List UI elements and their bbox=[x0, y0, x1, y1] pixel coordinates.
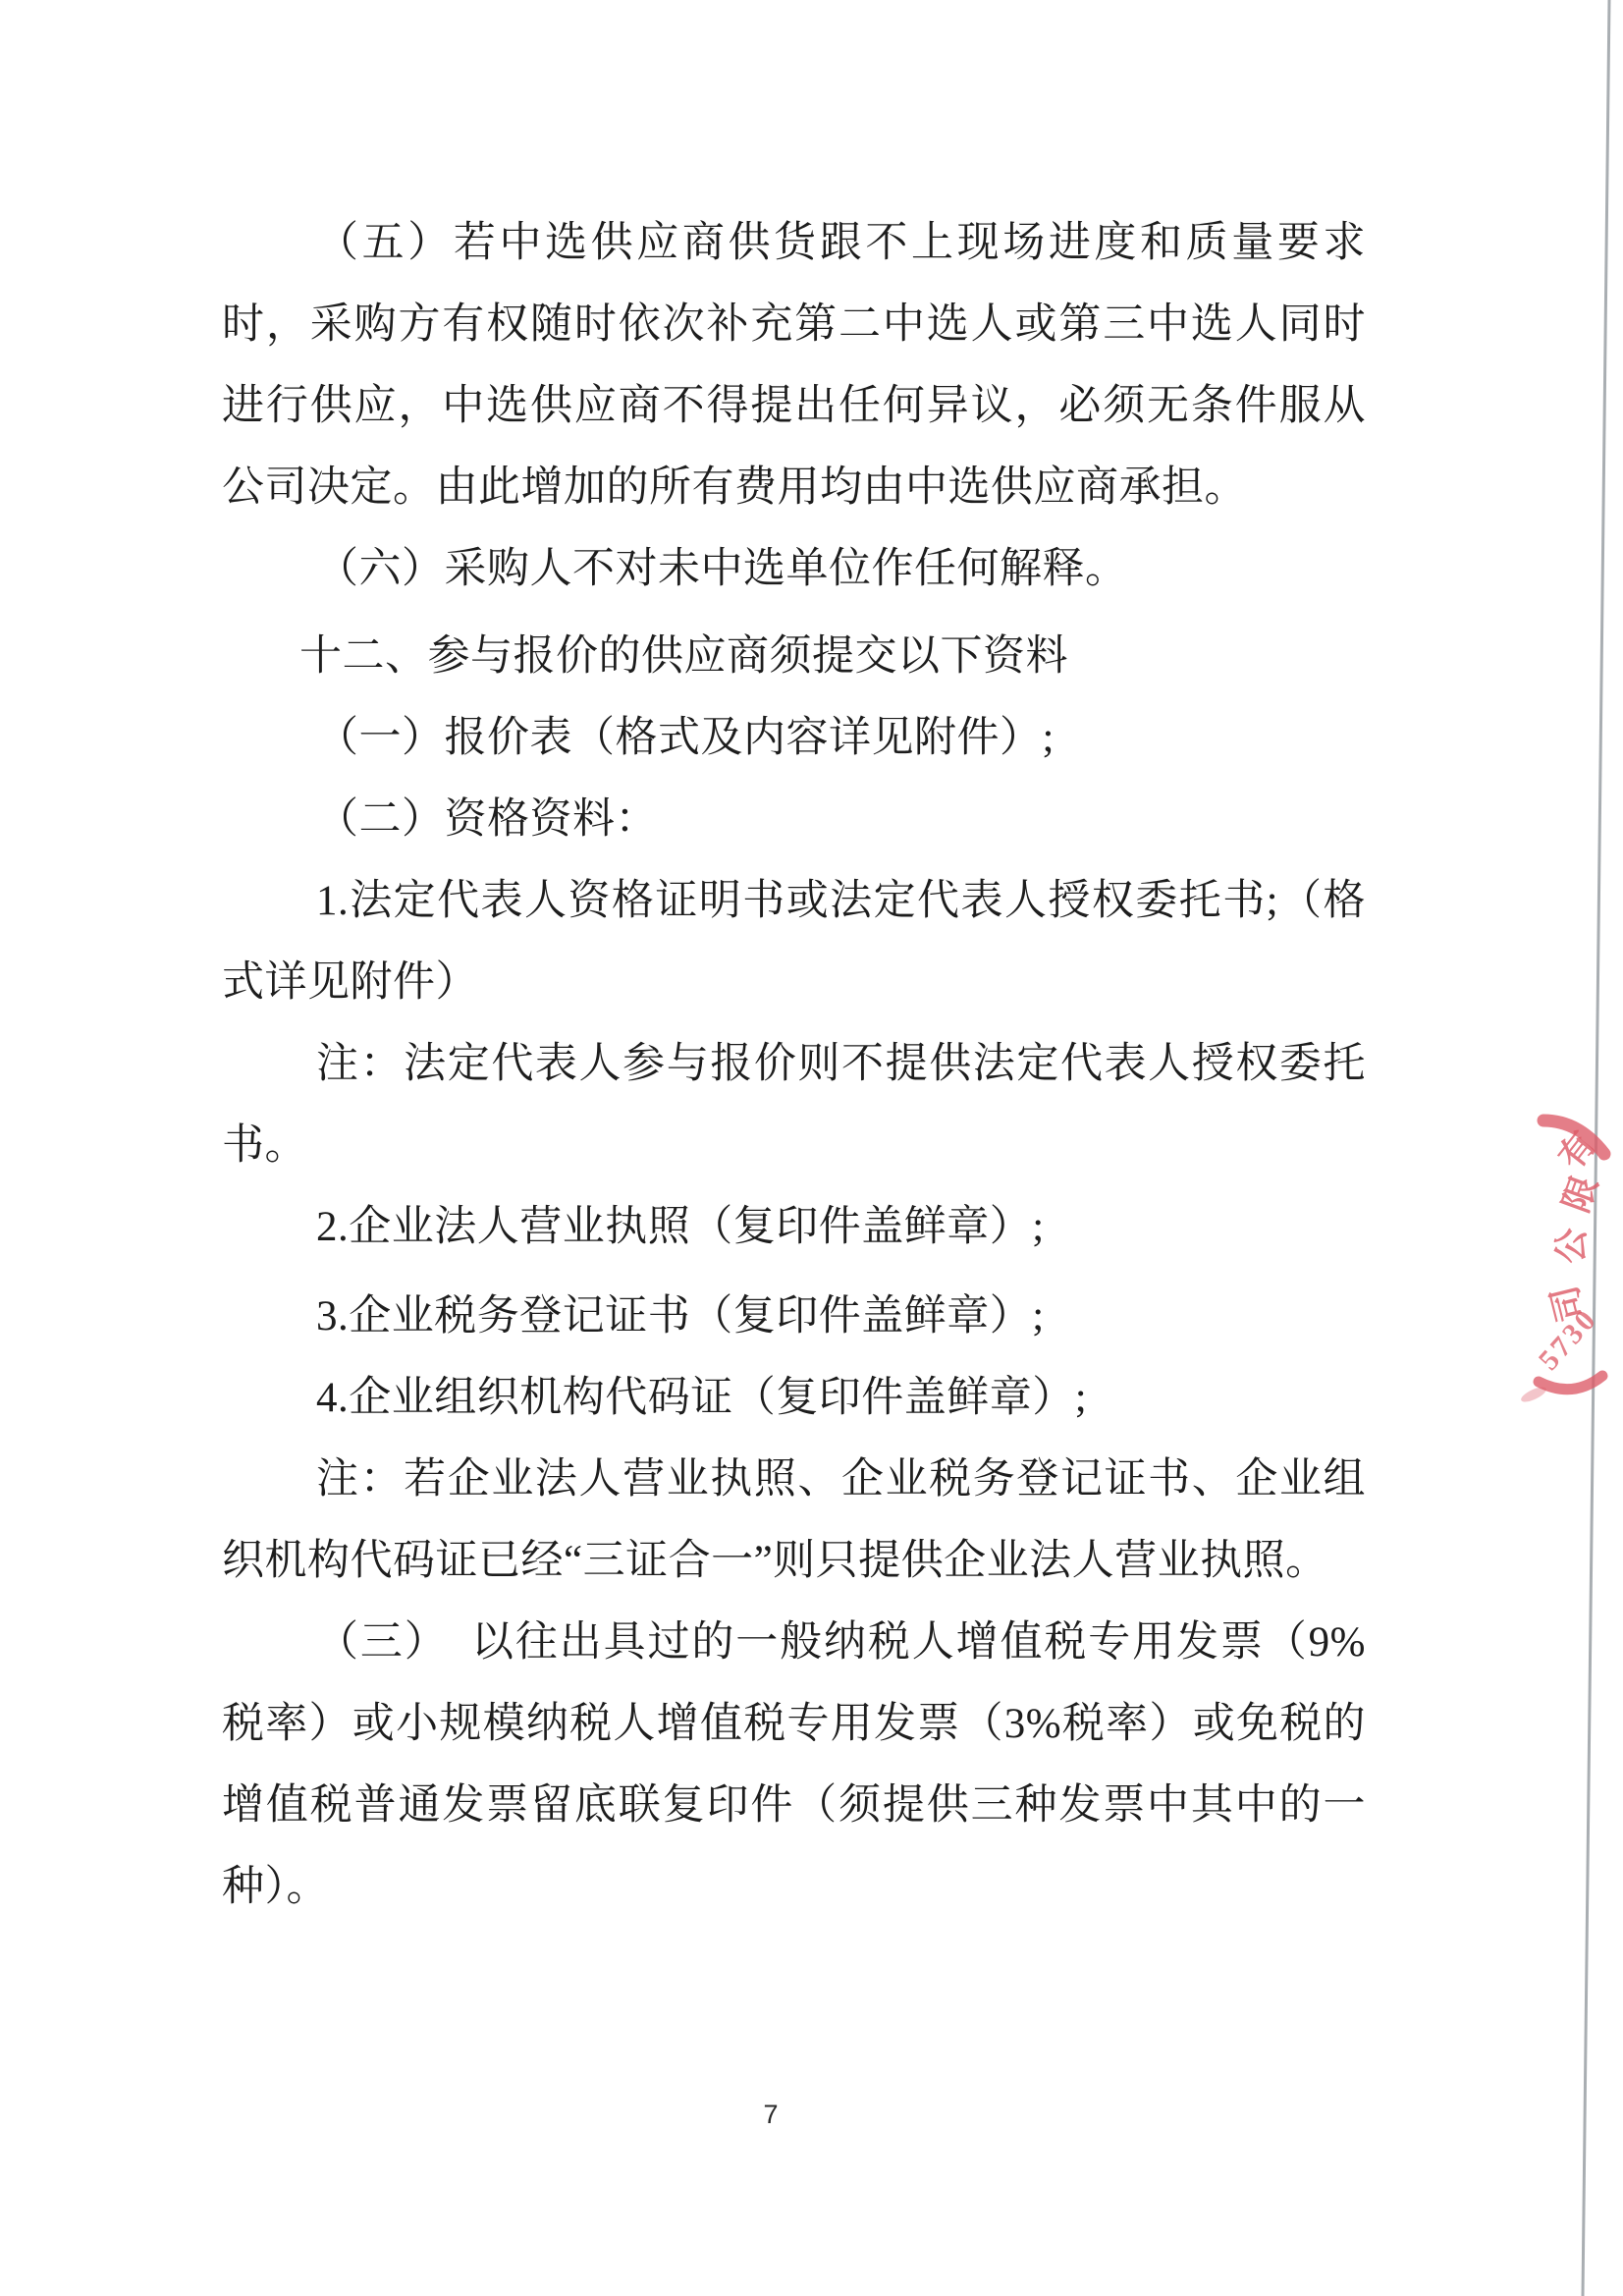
seal-code-digits: 5730 bbox=[1533, 1302, 1604, 1377]
note-legal-representative: 注：法定代表人参与报价则不提供法定代表人授权委托书。 bbox=[222, 1023, 1366, 1186]
note-three-in-one-certificates: 注：若企业法人营业执照、企业税务登记证书、企业组织机构代码证已经“三证合一”则只… bbox=[222, 1439, 1366, 1602]
seal-ring-char-1: 有 bbox=[1551, 1124, 1604, 1176]
subitem-1-legal-representative-certificate: 1.法定代表人资格证明书或法定代表人授权委托书;（格式详见附件） bbox=[222, 860, 1366, 1023]
seal-ink-smudge bbox=[1519, 1385, 1548, 1405]
item-1-quotation-sheet: （一）报价表（格式及内容详见附件）; bbox=[222, 697, 1366, 779]
item-2-qualification-documents: （二）资格资料： bbox=[222, 779, 1366, 860]
document-body: （五）若中选供应商供货跟不上现场进度和质量要求时，采购方有权随时依次补充第二中选… bbox=[222, 202, 1366, 1928]
company-seal-stamp-fragment: 有 限 公 司 5730 bbox=[1492, 1085, 1623, 1439]
clause-6-paragraph: （六）采购人不对未中选单位作任何解释。 bbox=[222, 528, 1366, 610]
seal-ring-char-3: 公 bbox=[1551, 1228, 1592, 1264]
clause-5-paragraph: （五）若中选供应商供货跟不上现场进度和质量要求时，采购方有权随时依次补充第二中选… bbox=[222, 202, 1366, 528]
document-page: （五）若中选供应商供货跟不上现场进度和质量要求时，采购方有权随时依次补充第二中选… bbox=[0, 0, 1623, 2296]
seal-bottom-arc bbox=[1539, 1376, 1602, 1390]
subitem-3-tax-registration: 3.企业税务登记证书（复印件盖鲜章）; bbox=[222, 1276, 1366, 1357]
scan-edge-line-stroke bbox=[1583, 0, 1609, 2296]
section-12-heading: 十二、参与报价的供应商须提交以下资料 bbox=[222, 616, 1366, 697]
item-3-vat-invoices: （三） 以往出具过的一般纳税人增值税专用发票（9%税率）或小规模纳税人增值税专用… bbox=[222, 1602, 1366, 1928]
subitem-2-business-license: 2.企业法人营业执照（复印件盖鲜章）; bbox=[222, 1186, 1366, 1268]
seal-ring-char-2: 限 bbox=[1556, 1171, 1605, 1218]
seal-top-arc bbox=[1543, 1121, 1604, 1154]
seal-ring-char-4: 司 bbox=[1544, 1282, 1592, 1326]
page-number: 7 bbox=[741, 2100, 800, 2130]
subitem-4-organization-code: 4.企业组织机构代码证（复印件盖鲜章）; bbox=[222, 1357, 1366, 1439]
